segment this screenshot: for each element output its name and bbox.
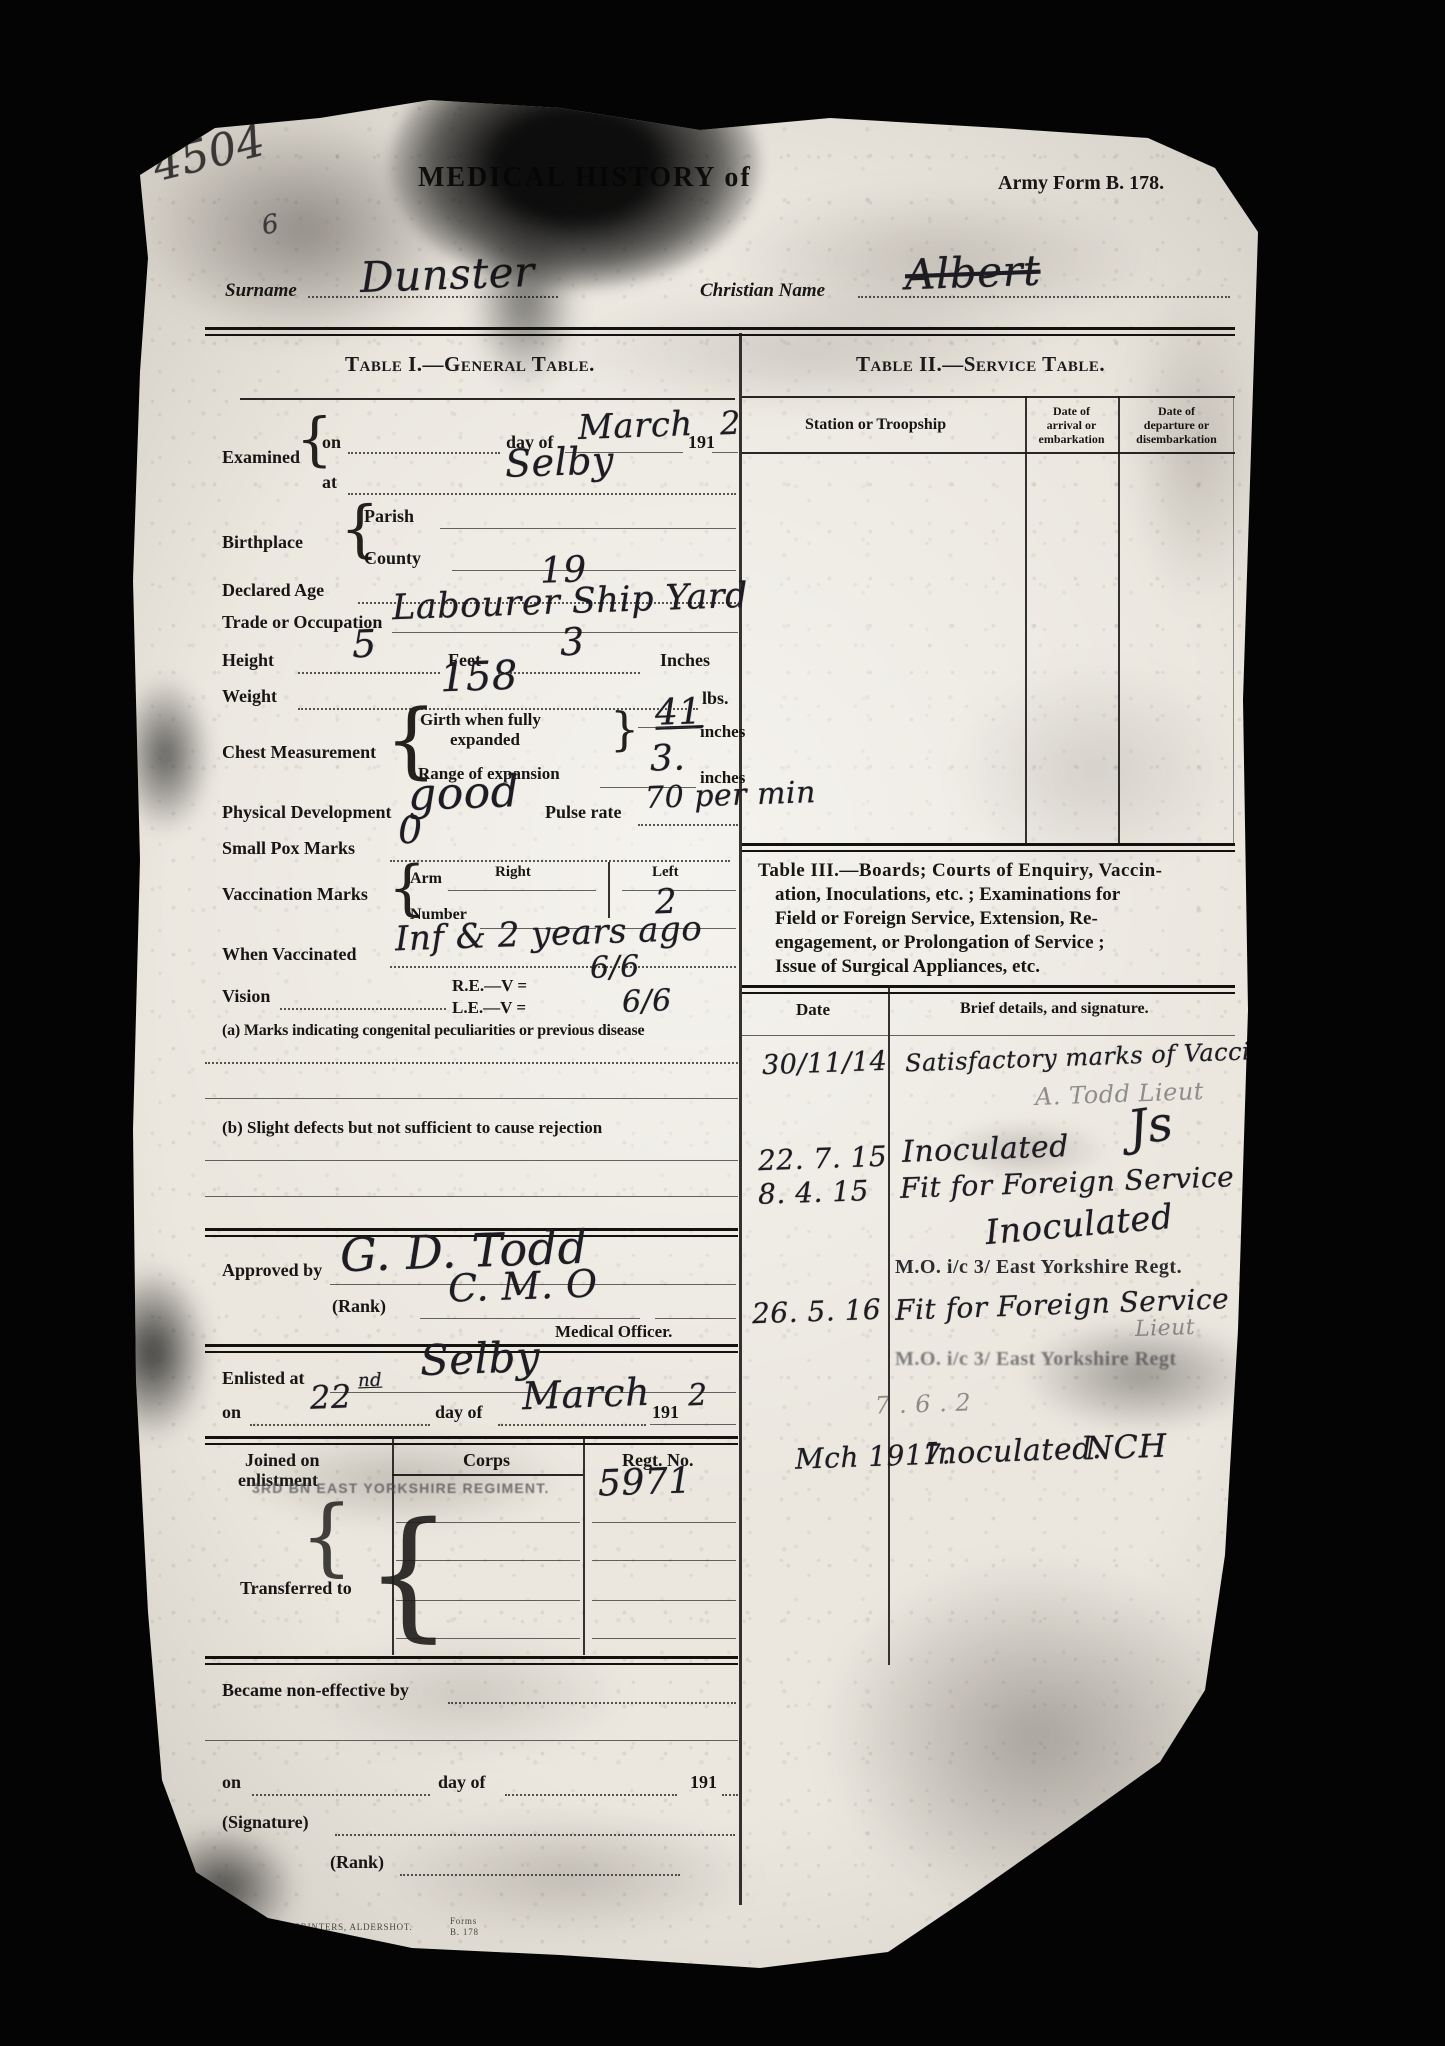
entry-date: 8. 4. 15 xyxy=(757,1174,869,1211)
scanned-document-page: 4504 6 Army Form B. 178. MEDICAL HISTORY… xyxy=(0,0,1445,2046)
column-divider xyxy=(739,333,742,1905)
content-layer: 4504 6 Army Form B. 178. MEDICAL HISTORY… xyxy=(0,0,1445,2046)
line xyxy=(448,890,596,891)
line xyxy=(205,1160,738,1161)
col-departure-line2: departure or xyxy=(1118,418,1235,433)
line xyxy=(452,570,736,571)
table3-heading-line3: Field or Foreign Service, Extension, Re- xyxy=(775,908,1098,930)
vision-le-value: 6/6 xyxy=(621,983,672,1020)
entry-text: Inoculated xyxy=(901,1129,1069,1170)
dotted-line xyxy=(348,452,500,454)
physical-value: good xyxy=(407,766,520,821)
height-label: Height xyxy=(222,650,274,671)
dotted-line xyxy=(498,1424,646,1426)
line xyxy=(742,1035,1235,1036)
examined-year-value: 2 xyxy=(719,404,741,443)
parish-label: Parish xyxy=(364,506,414,527)
table1-title: Table I.—General Table. xyxy=(345,352,595,377)
surname-value: Dunster xyxy=(359,247,535,302)
pencil-annotation: 4504 xyxy=(148,115,271,192)
rank-label-2: (Rank) xyxy=(330,1852,384,1873)
examined-at-value: Selby xyxy=(504,438,614,486)
col-station-header: Station or Troopship xyxy=(805,416,946,434)
col-arrival-line3: embarkation xyxy=(1025,432,1118,447)
weight-value: 158 xyxy=(439,653,518,702)
dotted-line xyxy=(498,672,640,674)
dotted-line xyxy=(348,493,736,495)
lbs-label: lbs. xyxy=(702,688,729,709)
line xyxy=(638,727,696,728)
col-arrival-line1: Date of xyxy=(1025,404,1118,419)
vaccination-label: Vaccination Marks xyxy=(222,884,368,905)
double-rule xyxy=(742,985,1235,994)
line xyxy=(592,1600,736,1601)
transferred-label: Transferred to xyxy=(240,1578,352,1599)
girth-label-line1: Girth when fully xyxy=(420,710,541,730)
christian-name-label: Christian Name xyxy=(700,280,825,302)
col-departure-line1: Date of xyxy=(1118,404,1235,419)
birthplace-label: Birthplace xyxy=(222,532,303,553)
enlisted-day-value: 22 xyxy=(309,1377,352,1416)
double-rule xyxy=(205,1656,738,1665)
entry-date: 30/11/14 xyxy=(761,1046,887,1081)
entry-date: 22. 7. 15 xyxy=(757,1140,887,1177)
entry-signature: Inoculated xyxy=(984,1197,1175,1253)
double-rule xyxy=(205,327,1235,336)
smallpox-value: 0 xyxy=(397,808,423,853)
page-title: MEDICAL HISTORY of xyxy=(418,162,752,194)
enlisted-day-suffix: nd xyxy=(358,1370,383,1392)
on-label-2: on xyxy=(222,1772,241,1793)
girth-unit: inches xyxy=(700,722,745,742)
year-prefix-2: 191 xyxy=(690,1772,717,1793)
dotted-line xyxy=(205,1062,738,1064)
pulse-label: Pulse rate xyxy=(545,802,621,823)
medical-officer-label: Medical Officer. xyxy=(555,1322,672,1342)
year-prefix: 191 xyxy=(688,432,715,453)
dotted-line xyxy=(505,1794,677,1796)
dotted-line xyxy=(335,1834,735,1836)
vision-le-label: L.E.—V = xyxy=(452,998,526,1018)
weight-label: Weight xyxy=(222,686,277,707)
enlisted-month-value: March xyxy=(521,1370,650,1418)
line xyxy=(592,1522,736,1523)
enlisted-year-value: 2 xyxy=(687,1378,708,1414)
dotted-line xyxy=(308,296,558,298)
table3-heading-line2: ation, Inoculations, etc. ; Examinations… xyxy=(775,884,1120,906)
vision-label: Vision xyxy=(222,986,270,1007)
examined-label: Examined xyxy=(222,447,300,468)
non-effective-label: Became non-effective by xyxy=(222,1680,409,1701)
dotted-line xyxy=(298,672,440,674)
form-number: Army Form B. 178. xyxy=(998,172,1164,195)
county-label: County xyxy=(364,548,421,569)
on-label: on xyxy=(322,432,341,453)
table-vline xyxy=(1118,396,1120,845)
rule xyxy=(742,396,1235,398)
double-rule xyxy=(742,843,1235,852)
inches-label: Inches xyxy=(660,650,710,671)
col-arrival-line2: arrival or xyxy=(1025,418,1118,433)
approved-by-label: Approved by xyxy=(222,1260,322,1281)
table3-heading-line5: Issue of Surgical Appliances, etc. xyxy=(775,956,1040,978)
mo-stamp-smudged: M.O. i/c 3/ East Yorkshire Regt xyxy=(895,1348,1177,1371)
table-vline xyxy=(583,1438,585,1655)
line xyxy=(622,890,736,891)
enlisted-on-label: on xyxy=(222,1402,241,1423)
at-label: at xyxy=(322,472,337,493)
christian-name-value: Albert xyxy=(904,246,1041,300)
table3-heading-line1: Table III.—Boards; Courts of Enquiry, Va… xyxy=(758,860,1163,882)
dotted-line xyxy=(390,860,730,862)
pencil-annotation-2: 6 xyxy=(260,209,282,242)
brace-close: } xyxy=(610,706,639,752)
smallpox-label: Small Pox Marks xyxy=(222,838,355,859)
entry-date-faint: 7 . 6 . 2 xyxy=(875,1388,972,1419)
table3-heading-line4: engagement, or Prolongation of Service ; xyxy=(775,932,1105,954)
line xyxy=(205,1740,738,1741)
table-vline xyxy=(888,985,890,1665)
enlisted-day-of-label: day of xyxy=(435,1402,483,1423)
pulse-value: 70 per min xyxy=(644,775,816,816)
chest-label: Chest Measurement xyxy=(222,742,376,763)
dotted-line xyxy=(722,1794,738,1796)
rank-label: (Rank) xyxy=(332,1296,386,1317)
range-value: 3. xyxy=(649,737,686,779)
divider xyxy=(608,862,610,918)
regt-no-value: 5971 xyxy=(597,1460,692,1504)
forms-footer-line1: Forms xyxy=(450,1916,477,1926)
dotted-line xyxy=(638,824,738,826)
when-vaccinated-label: When Vaccinated xyxy=(222,944,357,965)
table2-title: Table II.—Service Table. xyxy=(856,352,1105,377)
declared-age-label: Declared Age xyxy=(222,580,324,601)
col-details-header: Brief details, and signature. xyxy=(960,1000,1149,1018)
entry-date: 26. 5. 16 xyxy=(751,1293,881,1330)
signature-label: (Signature) xyxy=(222,1812,309,1833)
rule xyxy=(392,1474,583,1476)
entry-text: Satisfactory marks of Vaccination xyxy=(905,1035,1331,1078)
marks-a-label: (a) Marks indicating congenital peculiar… xyxy=(222,1022,644,1040)
height-inches-value: 3 xyxy=(559,620,585,665)
line xyxy=(592,1560,736,1561)
printer-footer: PRINTERS, ALDERSHOT. xyxy=(295,1922,413,1932)
col-departure-line3: disembarkation xyxy=(1118,432,1235,447)
line xyxy=(712,452,738,453)
rule xyxy=(240,398,735,400)
vision-re-value: 6/6 xyxy=(589,949,640,986)
physical-label: Physical Development xyxy=(222,802,391,823)
line xyxy=(205,1196,738,1197)
girth-label-line2: expanded xyxy=(450,730,520,750)
enlisted-at-label: Enlisted at xyxy=(222,1368,305,1389)
right-label: Right xyxy=(495,864,531,881)
dotted-line xyxy=(250,1424,430,1426)
line xyxy=(650,1424,736,1425)
dotted-line xyxy=(252,1794,430,1796)
dotted-line xyxy=(448,1702,736,1704)
defects-b-label: (b) Slight defects but not sufficient to… xyxy=(222,1118,602,1138)
entry-signature: Js xyxy=(1124,1095,1176,1157)
brace: { xyxy=(300,1494,353,1578)
entry-signature: Lieut xyxy=(1135,1315,1196,1342)
line xyxy=(205,1098,738,1099)
left-label: Left xyxy=(652,864,679,881)
enlisted-year-prefix: 191 xyxy=(652,1402,679,1423)
entry-signature: A. Todd Lieut xyxy=(1035,1077,1205,1111)
vision-re-label: R.E.—V = xyxy=(452,976,527,996)
corps-header: Corps xyxy=(463,1450,510,1471)
entry-signature: NCH xyxy=(1084,1427,1167,1468)
day-of-label-2: day of xyxy=(438,1772,486,1793)
line xyxy=(592,1638,736,1639)
height-feet-value: 5 xyxy=(351,622,377,667)
arm-label: Arm xyxy=(410,870,442,888)
rule xyxy=(742,452,1235,454)
joined-label-line1: Joined on xyxy=(245,1450,320,1471)
mo-stamp: M.O. i/c 3/ East Yorkshire Regt. xyxy=(895,1256,1182,1279)
double-rule xyxy=(205,1436,738,1445)
entry-text: Inoculated. xyxy=(924,1431,1102,1472)
surname-label: Surname xyxy=(225,280,297,302)
col-date-header: Date xyxy=(796,1000,830,1020)
table-vline xyxy=(1025,396,1027,845)
brace: { xyxy=(364,1505,453,1645)
line xyxy=(420,1318,640,1319)
forms-footer-line2: B. 178 xyxy=(450,1927,479,1937)
dotted-line xyxy=(400,1874,680,1876)
dotted-line xyxy=(390,966,736,968)
dotted-line xyxy=(280,1008,446,1010)
line xyxy=(440,528,736,529)
table-vline xyxy=(1233,396,1234,845)
rank-value: C. M. O xyxy=(447,1261,598,1310)
dotted-line xyxy=(858,296,1230,298)
line xyxy=(655,1318,736,1319)
